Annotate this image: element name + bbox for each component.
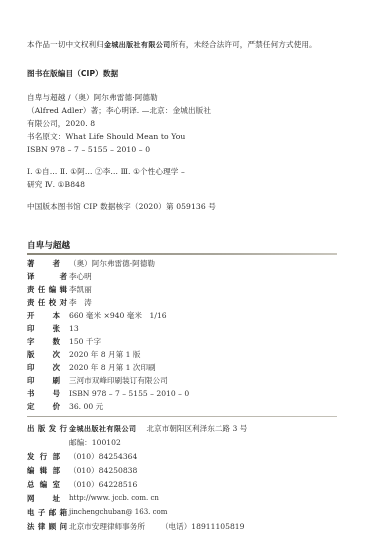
cip-isbn: ISBN 978 – 7 – 5155 – 2010 – 0 xyxy=(27,145,150,155)
detail-label: 印张 xyxy=(27,323,60,334)
email-link[interactable]: jinchengchuban@ 163. com xyxy=(69,508,167,516)
detail-value: 13 xyxy=(69,324,79,333)
copyright-publisher: 金城出版社有限公司 xyxy=(104,41,171,49)
contact-distribution-dept: 发行部 （010）84254364 xyxy=(27,450,137,462)
contact-phone: （010）84254364 xyxy=(69,451,137,462)
detail-value: 三河市双峰印刷装订有限公司 xyxy=(69,375,168,386)
detail-label: 责任校对 xyxy=(27,297,67,308)
detail-value: 36. 00 元 xyxy=(69,401,103,412)
detail-value: 2020 年 8 月第 1 次印刷 xyxy=(69,362,156,373)
cip-catalog-number: 中国版本图书馆 CIP 数据核字（2020）第 059136 号 xyxy=(27,202,216,212)
cip-line-4: 书名原文：What Life Should Mean to You xyxy=(27,132,185,142)
detail-value: 150 千字 xyxy=(69,336,101,347)
publisher-distribution: 出版发行 金城出版社有限公司北京市朝阳区利泽东二路 3 号 xyxy=(27,422,247,434)
book-title: 自卑与超越 xyxy=(27,239,70,251)
detail-edition: 版次 2020 年 8 月第 1 版 xyxy=(27,348,140,360)
detail-value: 李心明 xyxy=(69,271,92,282)
contact-website: 网址 http://www. jccb. com. cn xyxy=(27,492,159,504)
detail-label: 出版发行 xyxy=(27,423,67,434)
detail-label: 网址 xyxy=(27,493,60,504)
detail-value: 李 涛 xyxy=(69,297,92,308)
detail-author: 著者 （奥）阿尔弗雷德·阿德勒 xyxy=(27,257,155,269)
detail-label: 总编室 xyxy=(27,479,60,490)
legal-phone: （电话）18911105819 xyxy=(161,521,245,532)
detail-sheets: 印张 13 xyxy=(27,322,79,334)
detail-value: 李凯丽 xyxy=(69,284,92,295)
detail-editor: 责任编辑 李凯丽 xyxy=(27,283,92,295)
detail-value: 2020 年 8 月第 1 版 xyxy=(69,349,140,360)
publisher-value: 金城出版社有限公司北京市朝阳区利泽东二路 3 号 xyxy=(69,423,247,434)
detail-value: （奥）阿尔弗雷德·阿德勒 xyxy=(69,258,155,269)
detail-label: 发行部 xyxy=(27,451,60,462)
detail-printing: 印次 2020 年 8 月第 1 次印刷 xyxy=(27,361,156,373)
detail-translator: 译者 李心明 xyxy=(27,270,92,282)
detail-label: 版次 xyxy=(27,349,60,360)
publisher-address: 北京市朝阳区利泽东二路 3 号 xyxy=(147,424,248,433)
copyright-notice: 本作品一切中文权利归金城出版社有限公司所有，未经合法许可，严禁任何方式使用。 xyxy=(27,40,317,50)
detail-label: 著者 xyxy=(27,258,60,269)
copyright-suffix: 所有，未经合法许可，严禁任何方式使用。 xyxy=(171,40,317,49)
detail-format: 开本 660 毫米 ×940 毫米 1/16 xyxy=(27,309,167,321)
cip-line-3: 有限公司，2020. 8 xyxy=(27,119,95,129)
contact-phone: （010）64228516 xyxy=(69,479,137,490)
copyright-prefix: 本作品一切中文权利归 xyxy=(27,40,104,49)
detail-value: ISBN 978 – 7 – 5155 – 2010 – 0 xyxy=(69,389,189,398)
detail-value: 660 毫米 ×940 毫米 1/16 xyxy=(69,310,167,321)
legal-counsel: 法律顾问 北京市安理律师事务所 （电话）18911105819 xyxy=(27,520,244,532)
cip-line-1: 自卑与超越 /（奥）阿尔弗雷德·阿德勒 xyxy=(27,93,158,103)
detail-label: 电子邮箱 xyxy=(27,507,67,518)
website-link[interactable]: http://www. jccb. com. cn xyxy=(69,494,159,502)
detail-label: 字数 xyxy=(27,336,60,347)
detail-label: 编辑部 xyxy=(27,465,60,476)
detail-printer: 印刷 三河市双峰印刷装订有限公司 xyxy=(27,374,168,386)
title-divider xyxy=(27,253,337,255)
detail-label: 法律顾问 xyxy=(27,521,67,532)
legal-firm: 北京市安理律师事务所 xyxy=(69,521,145,532)
cip-subject-1: Ⅰ. ①自… Ⅱ. ①阿… ②李… Ⅲ. ①个性心理学 – xyxy=(27,167,185,177)
publisher-name: 金城出版社有限公司 xyxy=(69,425,137,433)
contact-editorial-dept: 编辑部 （010）84250838 xyxy=(27,464,137,476)
detail-label: 译者 xyxy=(27,271,67,282)
detail-label: 印刷 xyxy=(27,375,60,386)
cip-heading: 图书在版编目（CIP）数据 xyxy=(27,69,118,79)
detail-label: 书号 xyxy=(27,388,60,399)
detail-isbn: 书号 ISBN 978 – 7 – 5155 – 2010 – 0 xyxy=(27,387,189,399)
cip-line-2: （Alfred Adler）著；李心明译. —北京：金城出版社 xyxy=(27,106,211,116)
detail-price: 定价 36. 00 元 xyxy=(27,400,103,412)
detail-label: 定价 xyxy=(27,401,60,412)
contact-phone: （010）84250838 xyxy=(69,465,137,476)
publisher-divider xyxy=(27,416,337,417)
contact-chief-editor-office: 总编室 （010）64228516 xyxy=(27,478,137,490)
contact-email: 电子邮箱 jinchengchuban@ 163. com xyxy=(27,506,167,518)
cip-subject-2: 研究 Ⅳ. ①B848 xyxy=(27,180,85,190)
detail-word-count: 字数 150 千字 xyxy=(27,335,101,347)
detail-proofreader: 责任校对 李 涛 xyxy=(27,296,92,308)
detail-label: 开本 xyxy=(27,310,60,321)
detail-label: 印次 xyxy=(27,362,60,373)
publisher-postcode: 邮编：100102 xyxy=(69,436,121,448)
detail-label: 责任编辑 xyxy=(27,284,67,295)
